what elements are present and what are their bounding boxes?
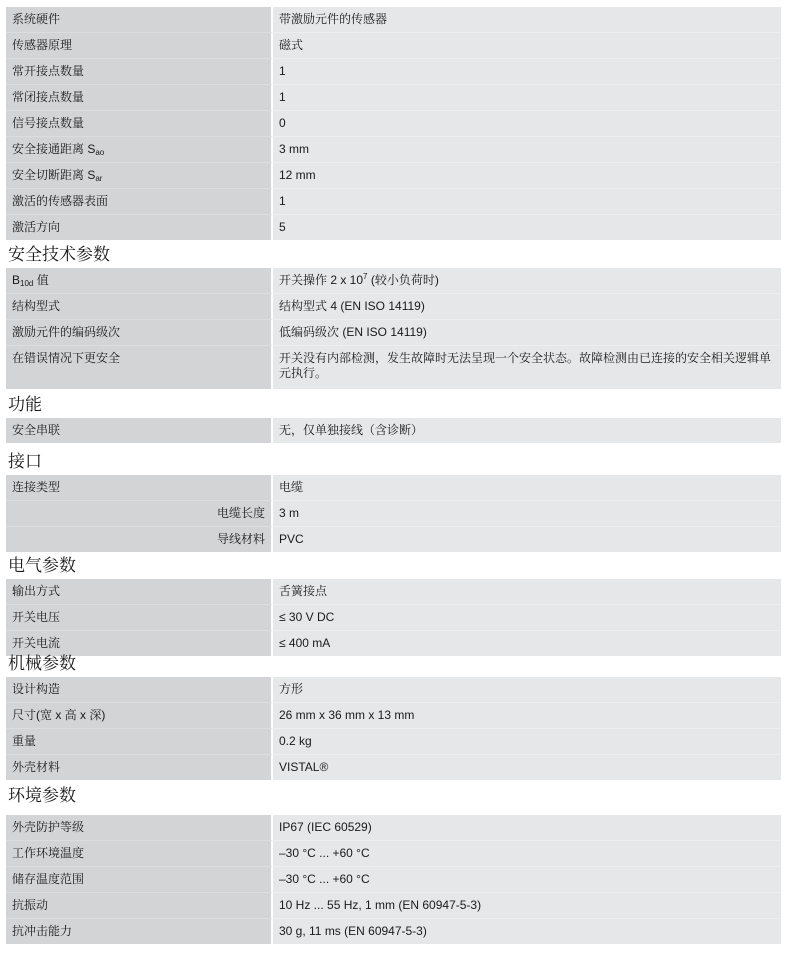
row-label: 抗振动 bbox=[6, 893, 273, 919]
row-value: 3 mm bbox=[273, 137, 781, 163]
row-label: 开关电压 bbox=[6, 605, 273, 631]
row-value: 开关操作 2 x 107 (较小负荷时) bbox=[273, 268, 781, 294]
table-row: 安全串联无，仅单独接线（含诊断） bbox=[6, 418, 781, 443]
row-label: 激活方向 bbox=[6, 215, 273, 240]
table-row: 结构型式结构型式 4 (EN ISO 14119) bbox=[6, 294, 781, 320]
row-value: 1 bbox=[273, 85, 781, 111]
row-label: 电缆长度 bbox=[6, 501, 273, 527]
row-label: 连接类型 bbox=[6, 475, 273, 501]
row-value: 30 g, 11 ms (EN 60947-5-3) bbox=[273, 919, 781, 944]
table-row: 工作环境温度–30 °C ... +60 °C bbox=[6, 841, 781, 867]
table-row: 激活的传感器表面1 bbox=[6, 189, 781, 215]
row-label: 激励元件的编码级次 bbox=[6, 320, 273, 346]
table-row: 电缆长度3 m bbox=[6, 501, 781, 527]
row-label: 安全串联 bbox=[6, 418, 273, 443]
table-row: 输出方式舌簧接点 bbox=[6, 579, 781, 605]
section-heading-safety: 安全技术参数 bbox=[8, 245, 110, 265]
table-row: 安全接通距离 Sao3 mm bbox=[6, 137, 781, 163]
row-value: PVC bbox=[273, 527, 781, 552]
subscript: ao bbox=[95, 148, 104, 157]
row-label: 外壳防护等级 bbox=[6, 815, 273, 841]
table-row: 激励元件的编码级次低编码级次 (EN ISO 14119) bbox=[6, 320, 781, 346]
row-value: 电缆 bbox=[273, 475, 781, 501]
table-row: 常开接点数量1 bbox=[6, 59, 781, 85]
table-row: 设计构造方形 bbox=[6, 677, 781, 703]
row-label: 常闭接点数量 bbox=[6, 85, 273, 111]
row-value: –30 °C ... +60 °C bbox=[273, 841, 781, 867]
table-row: 连接类型电缆 bbox=[6, 475, 781, 501]
row-label: 安全接通距离 Sao bbox=[6, 137, 273, 163]
spec-table-electrical: 输出方式舌簧接点 开关电压≤ 30 V DC 开关电流≤ 400 mA bbox=[6, 579, 781, 656]
row-value: IP67 (IEC 60529) bbox=[273, 815, 781, 841]
row-value: 12 mm bbox=[273, 163, 781, 189]
spec-table-safety: B10d 值 开关操作 2 x 107 (较小负荷时) 结构型式结构型式 4 (… bbox=[6, 268, 781, 389]
row-label: 激活的传感器表面 bbox=[6, 189, 273, 215]
row-label: 传感器原理 bbox=[6, 33, 273, 59]
row-value: 方形 bbox=[273, 677, 781, 703]
row-label: 系统硬件 bbox=[6, 7, 273, 33]
row-label-text: 值 bbox=[33, 273, 48, 287]
section-mechanical: 设计构造方形 尺寸(宽 x 高 x 深)26 mm x 36 mm x 13 m… bbox=[6, 677, 781, 780]
row-label: 设计构造 bbox=[6, 677, 273, 703]
row-label: 外壳材料 bbox=[6, 755, 273, 780]
section-heading-environment: 环境参数 bbox=[8, 786, 76, 806]
row-value: 无，仅单独接线（含诊断） bbox=[273, 418, 781, 443]
row-label-text: 安全切断距离 S bbox=[12, 168, 95, 182]
row-label-prefix: B bbox=[12, 273, 20, 287]
spec-table-function: 安全串联无，仅单独接线（含诊断） bbox=[6, 418, 781, 443]
row-value: 结构型式 4 (EN ISO 14119) bbox=[273, 294, 781, 320]
row-label: 导线材料 bbox=[6, 527, 273, 552]
row-value: ≤ 400 mA bbox=[273, 631, 781, 656]
row-value: 舌簧接点 bbox=[273, 579, 781, 605]
table-row: 尺寸(宽 x 高 x 深)26 mm x 36 mm x 13 mm bbox=[6, 703, 781, 729]
table-row: 传感器原理磁式 bbox=[6, 33, 781, 59]
table-row: 常闭接点数量1 bbox=[6, 85, 781, 111]
table-row: 系统硬件带激励元件的传感器 bbox=[6, 7, 781, 33]
row-value: 0 bbox=[273, 111, 781, 137]
row-value: 1 bbox=[273, 189, 781, 215]
table-row: 安全切断距离 Sar12 mm bbox=[6, 163, 781, 189]
row-label: 安全切断距离 Sar bbox=[6, 163, 273, 189]
section-heading-function: 功能 bbox=[8, 395, 42, 415]
row-label-text: 安全接通距离 S bbox=[12, 142, 95, 156]
row-value: –30 °C ... +60 °C bbox=[273, 867, 781, 893]
table-row: 储存温度范围–30 °C ... +60 °C bbox=[6, 867, 781, 893]
row-value-prefix: 开关操作 2 x 10 bbox=[279, 273, 363, 287]
row-value: 5 bbox=[273, 215, 781, 240]
section-interface: 连接类型电缆 电缆长度3 m 导线材料PVC bbox=[6, 475, 781, 552]
row-value: 带激励元件的传感器 bbox=[273, 7, 781, 33]
row-value: 低编码级次 (EN ISO 14119) bbox=[273, 320, 781, 346]
row-value-text: (较小负荷时) bbox=[367, 273, 438, 287]
section-heading-electrical: 电气参数 bbox=[8, 556, 76, 576]
row-label: 抗冲击能力 bbox=[6, 919, 273, 944]
section-safety: B10d 值 开关操作 2 x 107 (较小负荷时) 结构型式结构型式 4 (… bbox=[6, 268, 781, 389]
row-label: 结构型式 bbox=[6, 294, 273, 320]
spec-table-interface: 连接类型电缆 电缆长度3 m 导线材料PVC bbox=[6, 475, 781, 552]
subscript: 10d bbox=[20, 279, 33, 288]
row-label: 常开接点数量 bbox=[6, 59, 273, 85]
row-label: B10d 值 bbox=[6, 268, 273, 294]
table-row: 导线材料PVC bbox=[6, 527, 781, 552]
spec-table-system: 系统硬件带激励元件的传感器 传感器原理磁式 常开接点数量1 常闭接点数量1 信号… bbox=[6, 7, 781, 240]
row-label: 储存温度范围 bbox=[6, 867, 273, 893]
section-system: 系统硬件带激励元件的传感器 传感器原理磁式 常开接点数量1 常闭接点数量1 信号… bbox=[6, 7, 781, 240]
row-label: 重量 bbox=[6, 729, 273, 755]
spec-table-environment: 外壳防护等级IP67 (IEC 60529) 工作环境温度–30 °C ... … bbox=[6, 815, 781, 944]
row-value: 1 bbox=[273, 59, 781, 85]
row-value: 开关没有内部检测，发生故障时无法呈现一个安全状态。故障检测由已连接的安全相关逻辑… bbox=[273, 346, 781, 389]
section-environment: 外壳防护等级IP67 (IEC 60529) 工作环境温度–30 °C ... … bbox=[6, 815, 781, 944]
row-value: 10 Hz ... 55 Hz, 1 mm (EN 60947-5-3) bbox=[273, 893, 781, 919]
table-row: 抗冲击能力30 g, 11 ms (EN 60947-5-3) bbox=[6, 919, 781, 944]
section-electrical: 输出方式舌簧接点 开关电压≤ 30 V DC 开关电流≤ 400 mA bbox=[6, 579, 781, 656]
spec-table-mechanical: 设计构造方形 尺寸(宽 x 高 x 深)26 mm x 36 mm x 13 m… bbox=[6, 677, 781, 780]
table-row: 重量0.2 kg bbox=[6, 729, 781, 755]
subscript: ar bbox=[95, 174, 102, 183]
section-heading-mechanical: 机械参数 bbox=[8, 654, 76, 674]
row-label: 开关电流 bbox=[6, 631, 273, 656]
row-label: 工作环境温度 bbox=[6, 841, 273, 867]
table-row: 激活方向5 bbox=[6, 215, 781, 240]
row-value: VISTAL® bbox=[273, 755, 781, 780]
table-row: 外壳防护等级IP67 (IEC 60529) bbox=[6, 815, 781, 841]
table-row: 抗振动10 Hz ... 55 Hz, 1 mm (EN 60947-5-3) bbox=[6, 893, 781, 919]
row-label: 信号接点数量 bbox=[6, 111, 273, 137]
section-heading-interface: 接口 bbox=[8, 452, 42, 472]
table-row: 外壳材料VISTAL® bbox=[6, 755, 781, 780]
row-value: 3 m bbox=[273, 501, 781, 527]
table-row: 开关电压≤ 30 V DC bbox=[6, 605, 781, 631]
row-value: 0.2 kg bbox=[273, 729, 781, 755]
row-label: 在错误情况下更安全 bbox=[6, 346, 273, 389]
section-function: 安全串联无，仅单独接线（含诊断） bbox=[6, 418, 781, 443]
row-value: ≤ 30 V DC bbox=[273, 605, 781, 631]
row-label: 尺寸(宽 x 高 x 深) bbox=[6, 703, 273, 729]
table-row: 开关电流≤ 400 mA bbox=[6, 631, 781, 656]
table-row: 信号接点数量0 bbox=[6, 111, 781, 137]
row-value: 26 mm x 36 mm x 13 mm bbox=[273, 703, 781, 729]
row-label: 输出方式 bbox=[6, 579, 273, 605]
row-value: 磁式 bbox=[273, 33, 781, 59]
table-row: B10d 值 开关操作 2 x 107 (较小负荷时) bbox=[6, 268, 781, 294]
table-row: 在错误情况下更安全开关没有内部检测，发生故障时无法呈现一个安全状态。故障检测由已… bbox=[6, 346, 781, 389]
